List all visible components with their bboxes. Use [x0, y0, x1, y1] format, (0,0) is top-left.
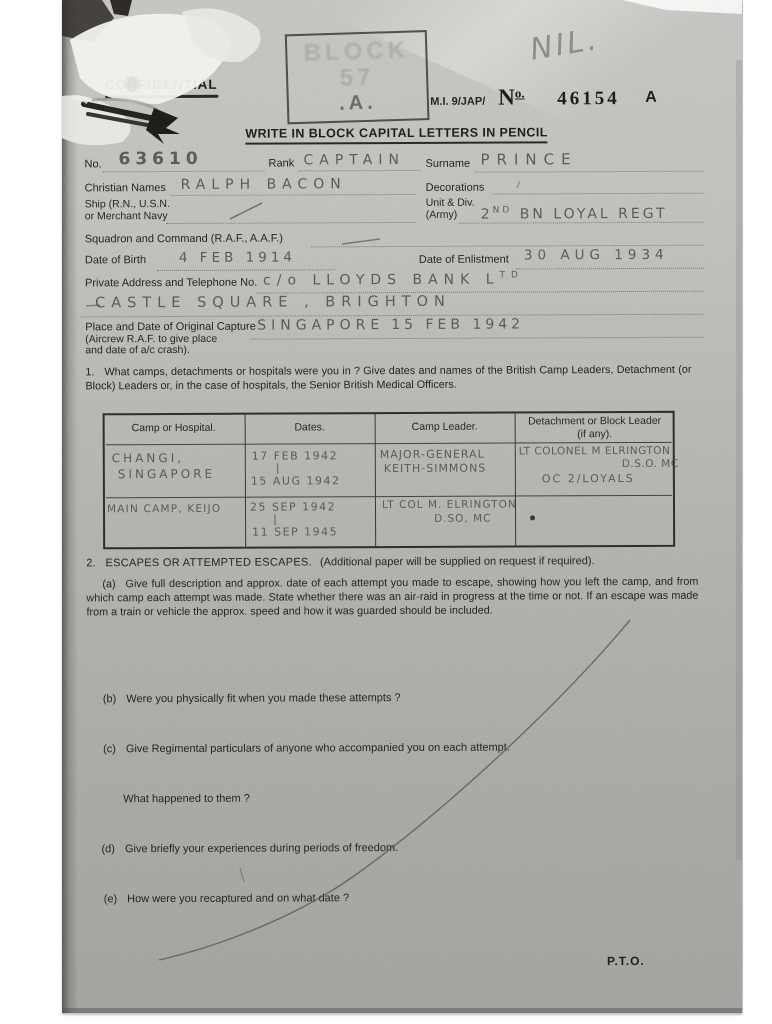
table-cell: 11 SEP 1945 [252, 525, 338, 538]
field-ship-label-1: Ship (R.N., U.S.N. [85, 198, 170, 210]
question-2b-prefix: (b) [103, 693, 117, 705]
table-row: MAIN CAMP, KEIJO [107, 503, 221, 515]
question-2b: (b)Were you physically fit when you made… [103, 692, 401, 705]
question-1-number: 1. [85, 366, 94, 378]
questionnaire-page: CONFIDENTIAL BLOCK 57 .A. M.I. 9/JAP/ No… [62, 0, 742, 1013]
field-christian-names-label: Christian Names [85, 182, 166, 194]
field-address-label: Private Address and Telephone No. [85, 277, 257, 290]
form-instruction-heading: WRITE IN BLOCK CAPITAL LETTERS IN PENCIL [245, 125, 547, 144]
question-2e: (e)How were you recaptured and on what d… [104, 892, 349, 905]
question-2e-prefix: (e) [104, 893, 118, 905]
table-header-detachment: Detachment or Block Leader (if any). [525, 415, 665, 442]
table-cell: MAJOR-GENERAL [380, 448, 485, 461]
field-address-value-1: c/o LLOYDS BANK LTD [263, 270, 524, 288]
unit-value-sup: ND [493, 206, 513, 216]
question-2b-text: Were you physically fit when you made th… [126, 692, 400, 705]
question-2-note: (Additional paper will be supplied on re… [320, 555, 595, 568]
field-squadron-label: Squadron and Command (R.A.F., A.A.F.) [85, 233, 283, 246]
unit-value-rest: BN LOYAL REGT [520, 206, 668, 223]
question-2e-text: How were you recaptured and on what date… [127, 892, 349, 905]
serial-no-o: o. [515, 85, 525, 100]
question-2-number: 2. [86, 557, 95, 569]
serial-suffix: A [645, 89, 657, 107]
field-unit-label-2: (Army) [426, 209, 458, 221]
date-range-stroke: | [276, 462, 280, 475]
date-stamp-box: BLOCK 57 .A. [285, 30, 430, 124]
question-2a-text: Give full description and approx. date o… [86, 576, 698, 619]
field-unit-label-1: Unit & Div. [426, 197, 475, 209]
field-no-value: 63610 [118, 149, 202, 169]
field-address-value-2: CASTLE SQUARE , BRIGHTON [95, 294, 451, 312]
question-2d-text: Give briefly your experiences during per… [125, 842, 398, 855]
unit-value-num: 2 [481, 207, 493, 223]
address-line1: c/o LLOYDS BANK L [263, 272, 500, 289]
field-capture-label-1: Place and Date of Original Capture [85, 321, 256, 334]
field-ship-label-2: or Merchant Navy [85, 210, 168, 222]
question-2c-followup: What happened to them ? [123, 793, 250, 806]
field-dob-value: 4 FEB 1914 [179, 249, 296, 266]
table-header-dates: Dates. [245, 421, 375, 435]
pencil-dot [530, 515, 535, 520]
question-2d: (d)Give briefly your experiences during … [101, 842, 398, 855]
field-surname-value: PRINCE [480, 150, 577, 168]
confidential-marking: CONFIDENTIAL [105, 77, 218, 98]
field-decorations-label: Decorations [426, 182, 485, 194]
field-surname-label: Surname [425, 158, 470, 170]
question-2c-text: Give Regimental particulars of anyone wh… [126, 742, 510, 756]
question-2-heading: 2.ESCAPES OR ATTEMPTED ESCAPES.(Addition… [86, 555, 594, 569]
field-christian-names-value: RALPH BACON [181, 176, 347, 193]
table-header-leader: Camp Leader. [375, 421, 515, 435]
field-no-label: No. [84, 158, 101, 170]
table-header-camp: Camp or Hospital. [103, 422, 245, 436]
table-cell: SINGAPORE [118, 467, 215, 481]
serial-no-label: No. [498, 84, 524, 110]
table-cell: D.SO, MC [434, 513, 491, 525]
question-2a-prefix: (a) [102, 578, 115, 590]
date-range-stroke: | [273, 513, 277, 526]
stamp-line-2: 57 [288, 62, 427, 94]
table-cell: KEITH-SIMMONS [384, 462, 487, 475]
field-rank-value: CAPTAIN [303, 152, 405, 168]
serial-number: 46154 [557, 88, 620, 110]
question-1-text: What camps, detachments or hospitals wer… [85, 364, 691, 393]
pto-footer: P.T.O. [607, 954, 645, 968]
field-unit-value: 2ND BN LOYAL REGT [481, 205, 668, 223]
question-2d-prefix: (d) [101, 843, 115, 855]
serial-no-n: N [498, 85, 515, 110]
address-sup: TD [500, 270, 524, 280]
table-cell: LT COLONEL M ELRINGTON [519, 445, 671, 458]
field-enlistment-label: Date of Enlistment [419, 254, 509, 266]
field-capture-date: 15 FEB 1942 [391, 316, 524, 333]
field-rank-label: Rank [268, 157, 294, 169]
stamp-line-3: .A. [289, 90, 428, 117]
table-cell: 17 FEB 1942 [252, 449, 338, 462]
table-cell: 25 SEP 1942 [250, 500, 336, 513]
field-capture-place: SINGAPORE [257, 317, 384, 334]
nil-pencil-annotation: NIL. [528, 22, 602, 68]
table-cell: D.S.O. MC [622, 458, 679, 470]
table-cell: OC 2/LOYALS [542, 472, 635, 485]
question-1: 1.What camps, detachments or hospitals w… [85, 363, 691, 394]
field-dob-label: Date of Birth [85, 254, 146, 266]
mi9-reference: M.I. 9/JAP/ [430, 96, 485, 108]
field-enlistment-value: 30 AUG 1934 [524, 247, 669, 264]
table-row: CHANGI, [112, 451, 184, 465]
question-2a: (a)Give full description and approx. dat… [86, 575, 698, 620]
question-2c: (c)Give Regimental particulars of anyone… [103, 742, 510, 756]
table-cell: LT COL M. ELRINGTON [382, 498, 517, 511]
question-2c-prefix: (c) [103, 743, 116, 755]
table-cell: 15 AUG 1942 [251, 474, 341, 487]
scanned-document-canvas: CONFIDENTIAL BLOCK 57 .A. M.I. 9/JAP/ No… [0, 0, 772, 1024]
field-capture-label-3: and date of a/c crash). [85, 344, 190, 356]
question-2-caps: ESCAPES OR ATTEMPTED ESCAPES. [105, 556, 312, 569]
